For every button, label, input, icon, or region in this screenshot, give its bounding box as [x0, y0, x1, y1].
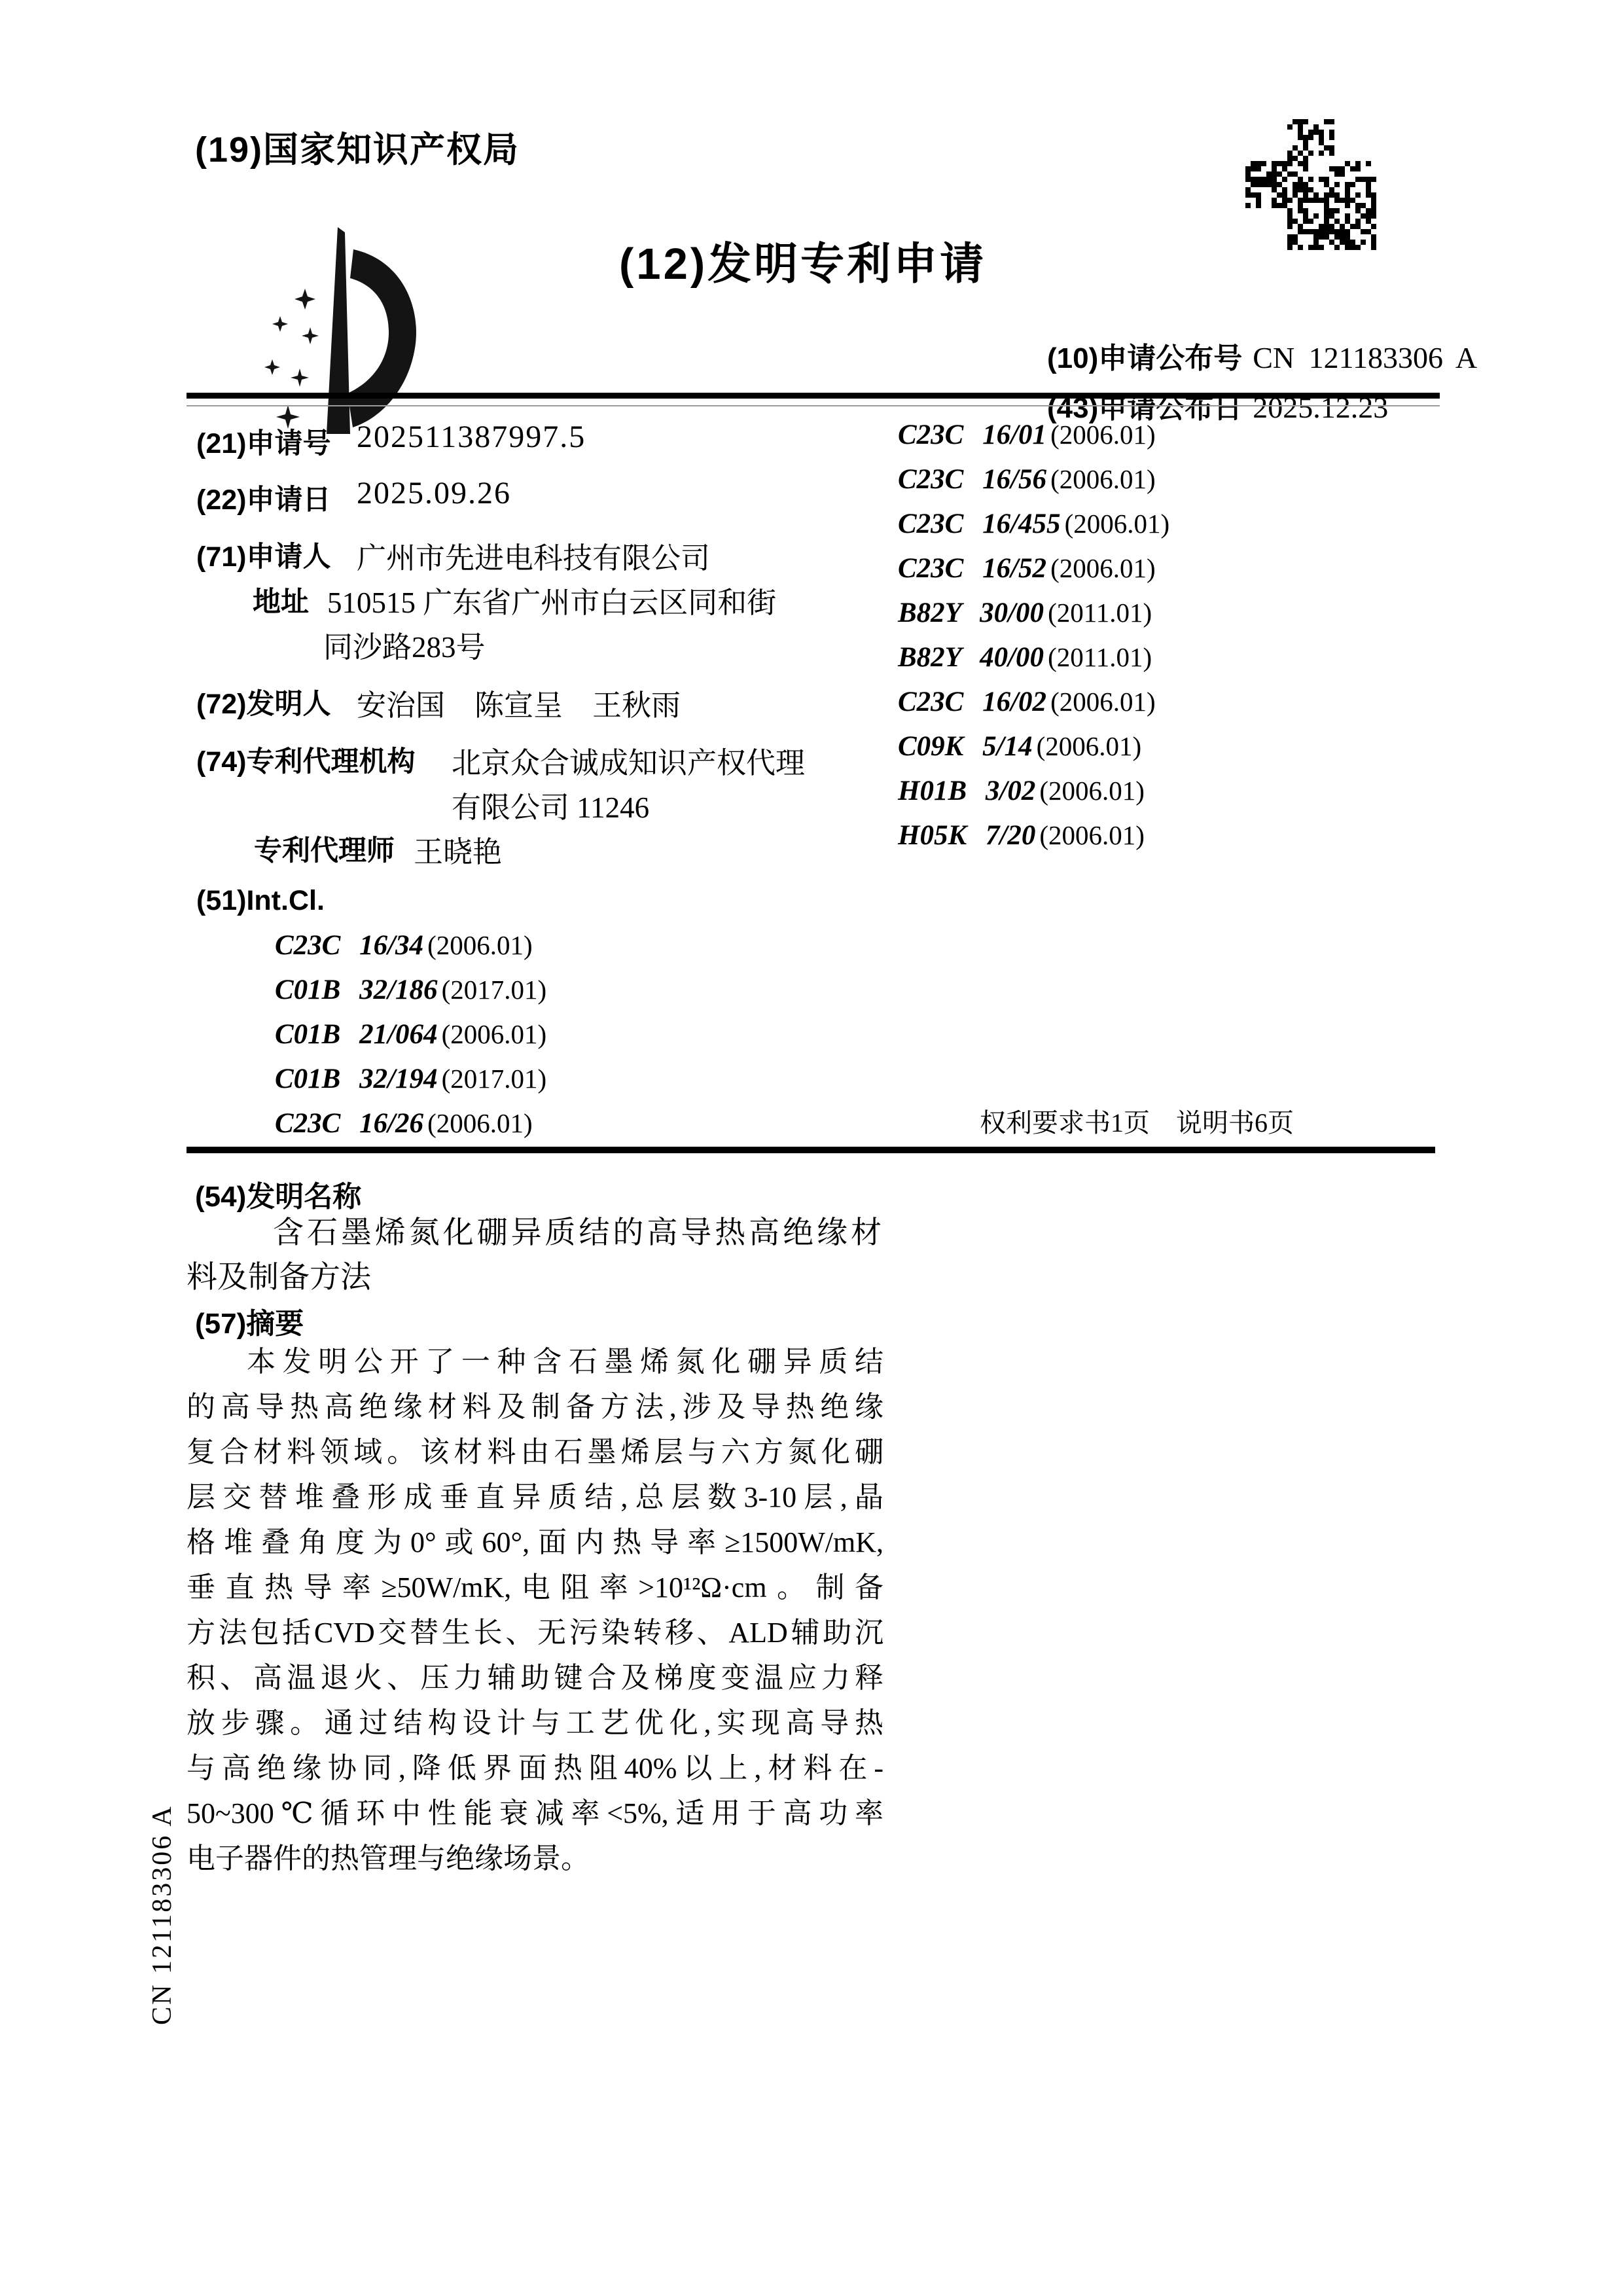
abstract-line: 格堆叠角度为0°或60°,面内热导率≥1500W/mK, [187, 1520, 883, 1565]
pages-info: 权利要求书1页 说明书6页 [980, 1102, 1294, 1139]
ipc-entry: C01B 32/186(2017.01) [275, 974, 546, 1006]
applicant-label: (71)申请人 [196, 535, 330, 575]
cnipa-logo [254, 226, 427, 435]
invention-title: 含石墨烯氮化硼异质结的高导热高绝缘材 料及制备方法 [187, 1211, 882, 1300]
abstract-line: 电子器件的热管理与绝缘场景。 [187, 1836, 883, 1881]
ipc-code: C01B 32/186 [275, 975, 438, 1005]
ipc-code: H01B 3/02 [898, 776, 1035, 806]
abstract-text: 本发明公开了一种含石墨烯氮化硼异质结 的高导热高绝缘材料及制备方法,涉及导热绝缘… [187, 1339, 883, 1881]
ipc-code: C09K 5/14 [898, 731, 1033, 762]
abstract-line: 积、高温退火、压力辅助键合及梯度变温应力释 [187, 1655, 883, 1700]
document-type-title: (12)发明专利申请 [619, 229, 986, 292]
ipc-entry: B82Y 30/00(2011.01) [898, 597, 1152, 629]
application-date-value: 2025.09.26 [357, 475, 511, 511]
ipc-entry: C23C 16/52(2006.01) [898, 552, 1156, 584]
section-divider [187, 1147, 1435, 1153]
ipc-code: H05K 7/20 [898, 820, 1035, 851]
ipc-version: (2017.01) [442, 975, 547, 1005]
header-divider-thin [187, 405, 1440, 406]
ipc-entry: C09K 5/14(2006.01) [898, 730, 1141, 762]
qr-code-graphic [1245, 119, 1376, 250]
ipc-version: (2017.01) [442, 1064, 547, 1094]
ipc-version: (2011.01) [1048, 642, 1152, 672]
ipc-entry: C23C 16/455(2006.01) [898, 508, 1169, 540]
abstract-line: 与高绝缘协同,降低界面热阻40%以上,材料在- [187, 1746, 883, 1791]
ipc-entry: C23C 16/01(2006.01) [898, 419, 1156, 451]
ipc-entry: C23C 16/56(2006.01) [898, 463, 1156, 495]
ipc-entry: C23C 16/34(2006.01) [275, 929, 533, 961]
application-number-label: (21)申请号 [196, 422, 330, 461]
ipc-code: C23C 16/52 [898, 553, 1046, 584]
address-label: 地址 [253, 580, 309, 620]
address-value-continued: 同沙路283号 [323, 623, 486, 666]
ipc-entry: C01B 21/064(2006.01) [275, 1018, 546, 1050]
abstract-line: 50~300℃循环中性能衰减率<5%,适用于高功率 [187, 1791, 883, 1836]
side-document-code: CN 121183306 A [147, 1804, 178, 2025]
agency-label: (74)专利代理机构 [196, 740, 415, 780]
ipc-version: (2006.01) [427, 1108, 533, 1138]
ipc-code: C23C 16/56 [898, 464, 1046, 495]
ipc-version: (2006.01) [442, 1019, 547, 1049]
ipc-entry: B82Y 40/00(2011.01) [898, 641, 1152, 673]
inventors-value: 安治国 陈宣呈 王秋雨 [357, 681, 681, 724]
ipc-version: (2011.01) [1048, 598, 1152, 628]
ipc-code: C23C 16/01 [898, 420, 1046, 450]
ipc-version: (2006.01) [1039, 820, 1145, 850]
invention-title-label: (54)发明名称 [195, 1173, 361, 1215]
inventors-label: (72)发明人 [196, 682, 330, 722]
ipc-version: (2006.01) [1050, 553, 1156, 583]
ipc-entry: C23C 16/26(2006.01) [275, 1107, 533, 1139]
int-cl-label: (51)Int.Cl. [196, 885, 325, 917]
ipc-code: C23C 16/455 [898, 509, 1061, 539]
abstract-label: (57)摘要 [195, 1300, 304, 1342]
application-number-value: 202511387997.5 [357, 419, 586, 455]
ipc-entry: C23C 16/02(2006.01) [898, 686, 1156, 718]
ipc-version: (2006.01) [1065, 509, 1170, 539]
ipc-version: (2006.01) [1037, 731, 1142, 761]
abstract-line: 放步骤。通过结构设计与工艺优化,实现高导热 [187, 1700, 883, 1746]
application-date-label: (22)申请日 [196, 478, 330, 518]
agency-value-continued: 有限公司 11246 [452, 783, 649, 826]
patent-office-line: (19)国家知识产权局 [195, 122, 520, 172]
ipc-entry: H05K 7/20(2006.01) [898, 819, 1145, 852]
ipc-code: C23C 16/26 [275, 1108, 423, 1139]
abstract-line: 的高导热高绝缘材料及制备方法,涉及导热绝缘 [187, 1384, 883, 1429]
abstract-line: 垂直热导率≥50W/mK,电阻率>10¹²Ω·cm。制备 [187, 1565, 883, 1610]
ipc-entry: H01B 3/02(2006.01) [898, 775, 1145, 807]
ipc-version: (2006.01) [1050, 464, 1156, 494]
agency-value: 北京众合诚成知识产权代理 [452, 739, 805, 781]
ipc-code: C01B 32/194 [275, 1064, 438, 1094]
header-divider-thick [187, 393, 1440, 399]
address-value: 510515 广东省广州市白云区同和街 [327, 579, 776, 621]
ipc-version: (2006.01) [427, 930, 533, 960]
abstract-line: 层交替堆叠形成垂直异质结,总层数3-10层,晶 [187, 1475, 883, 1520]
abstract-line: 复合材料领域。该材料由石墨烯层与六方氮化硼 [187, 1429, 883, 1475]
ipc-version: (2006.01) [1039, 776, 1145, 806]
qr-code [1245, 119, 1376, 250]
agent-label: 专利代理师 [254, 829, 395, 869]
agent-value: 王晓艳 [414, 828, 502, 870]
abstract-line: 方法包括CVD交替生长、无污染转移、ALD辅助沉 [187, 1610, 883, 1655]
applicant-value: 广州市先进电科技有限公司 [357, 534, 710, 577]
ipc-code: C23C 16/02 [898, 687, 1046, 717]
ipc-code: B82Y 30/00 [898, 598, 1044, 628]
ipc-code: C23C 16/34 [275, 930, 423, 961]
ipc-entry: C01B 32/194(2017.01) [275, 1063, 546, 1095]
ipc-code: B82Y 40/00 [898, 642, 1044, 673]
invention-title-line: 含石墨烯氮化硼异质结的高导热高绝缘材 [187, 1211, 882, 1255]
ipc-version: (2006.01) [1050, 687, 1156, 717]
invention-title-line: 料及制备方法 [187, 1255, 882, 1300]
abstract-line: 本发明公开了一种含石墨烯氮化硼异质结 [187, 1339, 883, 1384]
patent-front-page: (19)国家知识产权局 (12)发明专利申请 (10)申请公布号CN 12118… [0, 0, 1623, 2296]
ipc-code: C01B 21/064 [275, 1019, 438, 1050]
cnipa-logo-graphic [254, 226, 427, 435]
ipc-version: (2006.01) [1050, 420, 1156, 450]
